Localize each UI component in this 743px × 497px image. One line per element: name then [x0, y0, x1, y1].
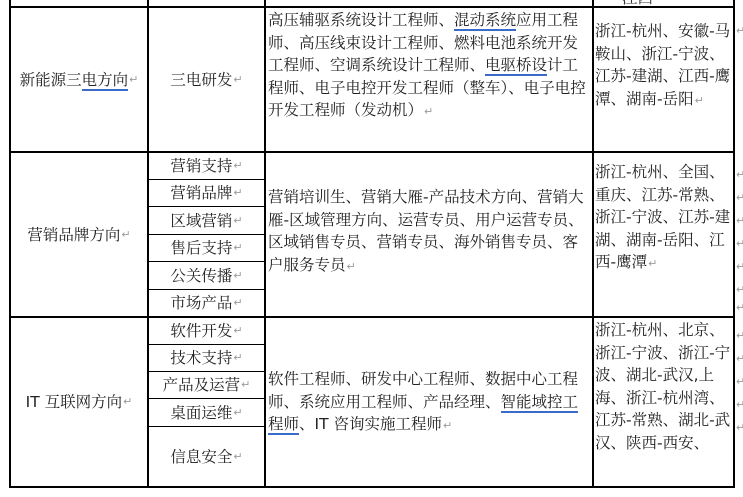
subfunction-cell: 产品及运营↵ [149, 372, 264, 398]
subfunction-cell: 信息安全↵ [149, 427, 264, 486]
direction-cell-it: IT 互联网方向↵ [11, 318, 147, 486]
row-end-mark: ↵ [736, 329, 743, 342]
row-end-mark: ↵ [736, 191, 743, 204]
positions-cell-it: 软件工程师、研发中心工程师、数据中心工程师、系统应用工程师、产品经理、智能域控工… [268, 368, 590, 438]
row-end-mark: ↵ [736, 283, 743, 296]
col-border-right [733, 0, 735, 488]
direction-cell-marketing: 营销品牌方向↵ [11, 153, 147, 316]
locations-cell-new-energy: 浙江-杭州、安徽-马鞍山、浙江-宁波、江苏-建湖、江西-鹰潭、湖南-岳阳↵ [595, 20, 732, 112]
positions-cell-new-energy: 高压辅驱系统设计工程师、混动系统应用工程师、高压线束设计工程师、燃料电池系统开发… [268, 9, 590, 124]
row-end-mark: ↵ [736, 352, 743, 365]
subfunction-cell: 三电研发↵ [149, 8, 264, 151]
row-end-mark: ↵ [736, 24, 743, 37]
subfunction-cell: 售后支持↵ [149, 235, 264, 261]
positions-cell-marketing: 营销培训生、营销大雁-产品技术方向、营销大雁-区域管理方向、运营专员、用户运营专… [268, 186, 590, 278]
row-end-mark: ↵ [736, 237, 743, 250]
subfunction-cell: 技术支持↵ [149, 345, 264, 371]
direction-label: 营销品牌方向 [27, 224, 120, 246]
row-border-bottom [9, 486, 735, 488]
subfunction-cell: 区域营销↵ [149, 207, 264, 234]
row-end-mark: ↵ [736, 301, 743, 314]
direction-label: 新能源三电方向 [20, 69, 129, 91]
subfunction-cell: 公关传播↵ [149, 262, 264, 289]
direction-cell-new-energy: 新能源三电方向↵ [11, 8, 147, 151]
row-end-mark: ↵ [736, 421, 743, 434]
row-end-mark: ↵ [736, 260, 743, 273]
subfunction-cell: 桌面运维↵ [149, 399, 264, 426]
paragraph-mark: ↵ [129, 69, 138, 91]
row-end-mark: ↵ [736, 168, 743, 181]
row-end-mark: ↵ [736, 398, 743, 411]
row-end-mark: ↵ [736, 214, 743, 227]
subfunction-cell: 市场产品↵ [149, 290, 264, 316]
direction-label: IT 互联网方向 [26, 391, 122, 413]
subfunction-cell: 营销品牌↵ [149, 180, 264, 206]
subfunction-cell: 营销支持↵ [149, 153, 264, 179]
subfunction-label: 三电研发 [170, 69, 232, 91]
col-border-2 [264, 0, 266, 488]
locations-cell-it: 浙江-杭州、北京、浙江-宁波、浙江-宁波、湖北-武汉,上海、浙江-杭州湾、江苏-… [595, 319, 732, 454]
row-end-mark: ↵ [736, 375, 743, 388]
locations-cell-marketing: 浙江-杭州、全国、重庆、江苏-常熟、浙江-宁波、江苏-建湖、湖南-岳阳、江西-鹰… [595, 161, 732, 276]
col-border-3 [592, 0, 594, 488]
subfunction-cell: 软件开发↵ [149, 318, 264, 344]
